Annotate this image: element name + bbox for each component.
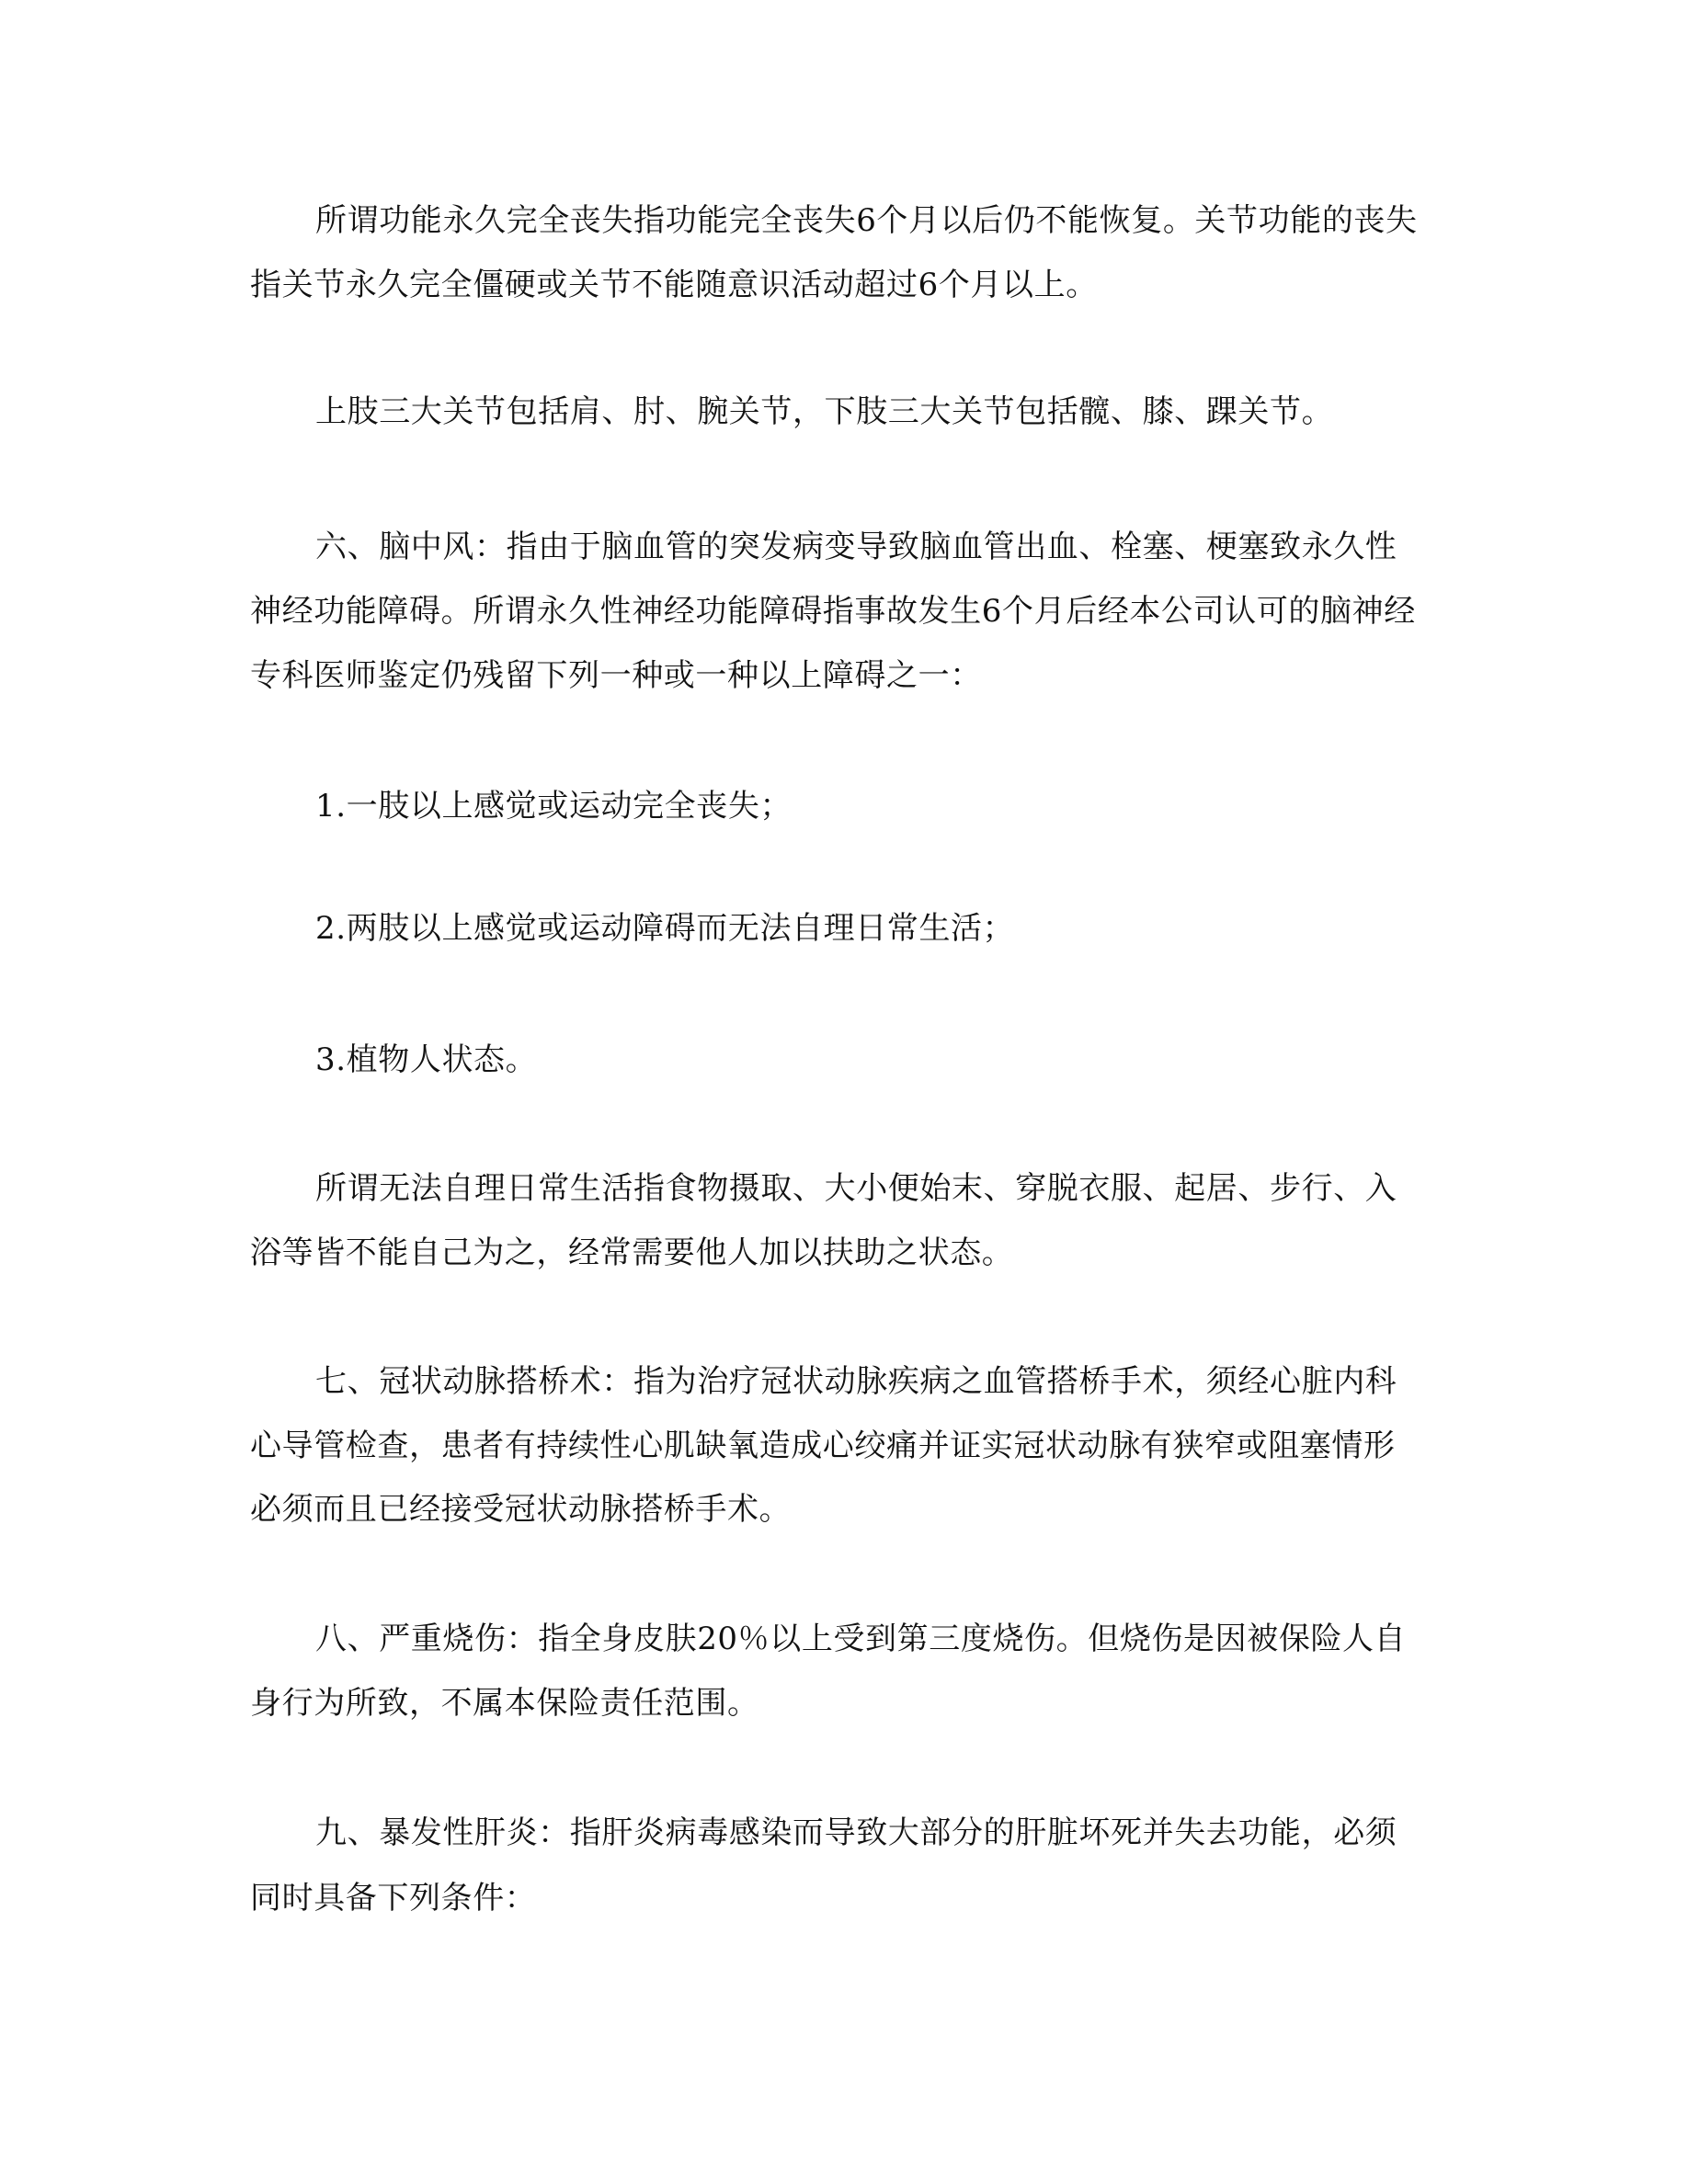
- text-line: 同时具备下列条件：: [250, 1878, 1445, 1918]
- text-line: 必须而且已经接受冠状动脉搭桥手术。: [250, 1489, 1445, 1530]
- section-heading-line: 六、脑中风：指由于脑血管的突发病变导致脑血管出血、栓塞、梗塞致永久性: [315, 527, 1511, 567]
- text-line: 身行为所致，不属本保险责任范围。: [250, 1683, 1445, 1723]
- text-line: 2.两肢以上感觉或运动障碍而无法自理日常生活；: [315, 908, 1511, 949]
- text-line: 1.一肢以上感觉或运动完全丧失；: [315, 786, 1511, 826]
- section-heading-line: 九、暴发性肝炎：指肝炎病毒感染而导致大部分的肝脏坏死并失去功能，必须: [315, 1813, 1511, 1853]
- text-line: 浴等皆不能自己为之，经常需要他人加以扶助之状态。: [250, 1233, 1445, 1273]
- section-heading-line: 八、严重烧伤：指全身皮肤20％以上受到第三度烧伤。但烧伤是因被保险人自: [315, 1619, 1511, 1659]
- text-line: 指关节永久完全僵硬或关节不能随意识活动超过6个月以上。: [250, 265, 1445, 305]
- text-line: 所谓无法自理日常生活指食物摄取、大小便始末、穿脱衣服、起居、步行、入: [315, 1168, 1511, 1209]
- text-line: 神经功能障碍。所谓永久性神经功能障碍指事故发生6个月后经本公司认可的脑神经: [250, 591, 1445, 631]
- text-line: 上肢三大关节包括肩、肘、腕关节，下肢三大关节包括髋、膝、踝关节。: [315, 392, 1511, 432]
- text-line: 3.植物人状态。: [315, 1040, 1511, 1080]
- text-line: 心导管检查，患者有持续性心肌缺氧造成心绞痛并证实冠状动脉有狭窄或阻塞情形: [250, 1426, 1445, 1466]
- text-line: 专科医师鉴定仍残留下列一种或一种以上障碍之一：: [250, 655, 1445, 696]
- document-page: 所谓功能永久完全丧失指功能完全丧失6个月以后仍不能恢复。关节功能的丧失 指关节永…: [0, 0, 1688, 2184]
- section-heading-line: 七、冠状动脉搭桥术：指为治疗冠状动脉疾病之血管搭桥手术，须经心脏内科: [315, 1361, 1511, 1402]
- text-line: 所谓功能永久完全丧失指功能完全丧失6个月以后仍不能恢复。关节功能的丧失: [315, 200, 1511, 241]
